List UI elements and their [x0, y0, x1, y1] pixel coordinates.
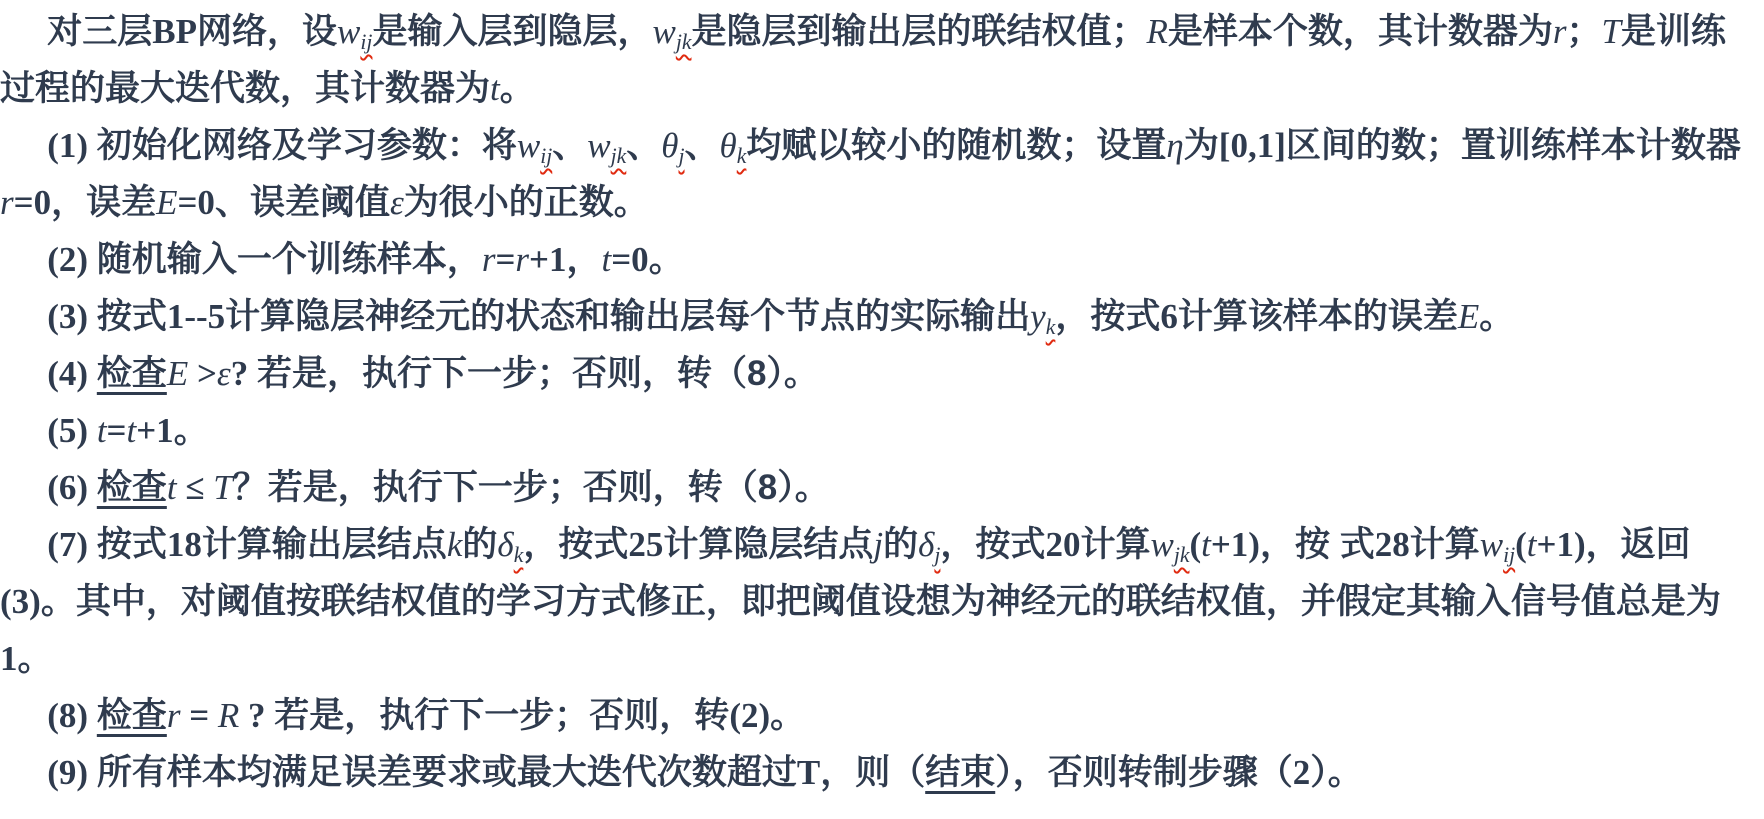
text-segment: 。	[500, 69, 535, 108]
text-segment: 是输入层到隐层，	[372, 12, 652, 51]
text-segment: (5)	[47, 411, 97, 450]
text-segment: (9)	[47, 753, 97, 792]
text-segment: T	[797, 753, 820, 792]
text-segment: t	[167, 468, 177, 507]
text-segment: 、	[685, 126, 720, 165]
text-segment: ≤	[177, 468, 214, 507]
text-segment: 计算	[1080, 525, 1150, 564]
text-segment: (	[1189, 525, 1201, 564]
text-segment: wjk	[652, 12, 691, 51]
text-segment: ，按式	[940, 525, 1045, 564]
subscript: k	[1046, 315, 1056, 339]
text-segment: 检查	[97, 468, 167, 507]
text-segment: ，按式	[1055, 297, 1160, 336]
text-segment: 检查	[97, 354, 167, 393]
text-segment: 结束	[925, 753, 995, 792]
text-segment: 均赋以较小的随机数；设置	[746, 126, 1166, 165]
text-segment: 。	[1479, 297, 1514, 336]
text-segment: ε	[217, 354, 231, 393]
text-segment: 所有样本均满足误差要求或最大迭代次数超过	[97, 753, 797, 792]
text-segment: θj	[661, 126, 684, 165]
text-segment: 计算隐层结点	[663, 525, 873, 564]
text-segment: 按式	[97, 525, 167, 564]
text-segment: 区间的数；置训练样本计数器	[1286, 126, 1741, 165]
text-segment: wij	[337, 12, 372, 51]
text-segment: +1)	[1537, 525, 1586, 564]
text-segment: 是样本个数，其计数器为	[1168, 12, 1553, 51]
text-segment: (4)	[47, 354, 97, 393]
document-body: 对三层BP网络，设wij是输入层到隐层，wjk是隐层到输出层的联结权值；R是样本…	[0, 0, 1764, 819]
text-segment: ?	[239, 696, 274, 735]
text-segment: r	[482, 240, 496, 279]
text-segment: 是隐层到输出层的联结权值；	[691, 12, 1146, 51]
paragraph-8: (7) 按式18计算输出层结点k的δk，按式25计算隐层结点j的δj，按式20计…	[0, 516, 1758, 687]
text-segment: t	[1527, 525, 1537, 564]
text-segment: (2)	[729, 696, 770, 735]
text-segment: (6)	[47, 468, 97, 507]
text-segment: j	[873, 525, 883, 564]
text-segment: (8)	[47, 696, 97, 735]
text-segment: wij	[517, 126, 552, 165]
paragraph-9: (8) 检查r = R ? 若是，执行下一步；否则，转(2)。	[0, 687, 1758, 744]
paragraph-1: 对三层BP网络，设wij是输入层到隐层，wjk是隐层到输出层的联结权值；R是样本…	[0, 3, 1758, 117]
text-segment: 计算该样本的误差	[1178, 297, 1458, 336]
text-segment: ε	[390, 183, 404, 222]
text-segment: ?	[231, 354, 257, 393]
text-segment: 20	[1045, 525, 1080, 564]
text-segment: R	[1146, 12, 1167, 51]
text-segment: t	[490, 69, 500, 108]
text-segment: yk	[1030, 297, 1055, 336]
text-segment: η	[1166, 126, 1183, 165]
text-segment: =0	[14, 183, 51, 222]
text-segment: 随机输入一个训练样本，	[97, 240, 482, 279]
text-segment: t	[1201, 525, 1211, 564]
text-segment: 若是，执行下一步；否则，转	[274, 696, 729, 735]
text-segment: 18	[167, 525, 202, 564]
text-segment: E	[156, 183, 177, 222]
text-segment: 按式	[97, 297, 167, 336]
text-segment: =	[180, 696, 217, 735]
text-segment: ，则（	[820, 753, 925, 792]
text-segment: 。其中，对阈值按联结权值的学习方式修正，即把阈值设想为神经元的联结权值，并假定其…	[41, 582, 1721, 621]
text-segment: 1	[0, 639, 18, 678]
subscript: k	[737, 144, 747, 168]
text-segment: (3)	[0, 582, 41, 621]
subscript: ij	[540, 144, 552, 168]
text-segment: 6	[1160, 297, 1178, 336]
text-segment: R	[218, 696, 239, 735]
text-segment: +1	[136, 411, 173, 450]
text-segment: E	[167, 354, 188, 393]
text-segment: ）。	[1310, 753, 1363, 792]
text-segment: r	[1553, 12, 1567, 51]
text-segment: 计算输出层结点	[202, 525, 447, 564]
text-segment: wjk	[1150, 525, 1189, 564]
text-segment: =0	[611, 240, 648, 279]
text-segment: >	[188, 354, 217, 393]
text-segment: t	[97, 411, 107, 450]
text-segment: ，	[566, 240, 601, 279]
text-segment: 初始化网络及学习参数：将	[97, 126, 517, 165]
subscript: jk	[1174, 543, 1190, 567]
text-segment: (1)	[47, 126, 97, 165]
subscript: jk	[611, 144, 627, 168]
text-segment: 。	[174, 411, 209, 450]
text-segment: 28	[1375, 525, 1410, 564]
text-segment: k	[447, 525, 463, 564]
text-segment: [0,1]	[1219, 126, 1286, 165]
text-segment: T	[1602, 12, 1621, 51]
text-segment: 25	[628, 525, 663, 564]
text-segment: 。	[18, 639, 53, 678]
paragraph-4: (3) 按式1--5计算隐层神经元的状态和输出层每个节点的实际输出yk，按式6计…	[0, 288, 1758, 345]
paragraph-10: (9) 所有样本均满足误差要求或最大迭代次数超过T，则（结束），否则转制步骤（2…	[0, 744, 1758, 801]
text-segment: (3)	[47, 297, 97, 336]
text-segment: ，误差	[51, 183, 156, 222]
text-segment: 若是，执行下一步；否则，转（8）。	[257, 354, 819, 393]
text-segment: 的	[462, 525, 497, 564]
text-segment: 。	[770, 696, 805, 735]
text-segment: θk	[720, 126, 747, 165]
text-segment: 计算隐层神经元的状态和输出层每个节点的实际输出	[225, 297, 1030, 336]
text-segment: BP	[152, 12, 197, 51]
text-segment: 网络，设	[197, 12, 337, 51]
text-segment: r	[167, 696, 181, 735]
text-segment: r	[515, 240, 529, 279]
paragraph-5: (4) 检查E >ε? 若是，执行下一步；否则，转（8）。	[0, 345, 1758, 402]
text-segment: 。	[649, 240, 684, 279]
text-segment: (2)	[47, 240, 97, 279]
subscript: jk	[676, 30, 692, 54]
subscript: ij	[1503, 543, 1515, 567]
paragraph-2: (1) 初始化网络及学习参数：将wij、wjk、θj、θk均赋以较小的随机数；设…	[0, 117, 1758, 231]
paragraph-7: (6) 检查t ≤ T？若是，执行下一步；否则，转（8）。	[0, 459, 1758, 516]
text-segment: wjk	[587, 126, 626, 165]
text-segment: δj	[918, 525, 940, 564]
text-segment: 检查	[97, 696, 167, 735]
subscript: ij	[360, 30, 372, 54]
text-segment: =	[107, 411, 127, 450]
text-segment: (7)	[47, 525, 97, 564]
text-segment: 、	[552, 126, 587, 165]
paragraph-6: (5) t=t+1。	[0, 402, 1758, 459]
text-segment: r	[0, 183, 14, 222]
text-segment: 为	[1184, 126, 1219, 165]
text-segment: T	[213, 468, 232, 507]
text-segment: ，按 式	[1260, 525, 1375, 564]
text-segment: ，返回	[1586, 525, 1691, 564]
text-segment: 、	[626, 126, 661, 165]
text-segment: t	[602, 240, 612, 279]
text-segment: ；	[1567, 12, 1602, 51]
text-segment: ？若是，执行下一步；否则，转（8）。	[233, 468, 830, 507]
text-segment: ），否则转制步骤（	[995, 753, 1293, 792]
text-segment: 的	[883, 525, 918, 564]
text-segment: 1--5	[167, 297, 225, 336]
text-segment: 为很小的正数。	[404, 183, 649, 222]
text-segment: 对三层	[47, 12, 152, 51]
subscript: k	[514, 543, 524, 567]
text-segment: δk	[497, 525, 523, 564]
paragraph-3: (2) 随机输入一个训练样本，r=r+1，t=0。	[0, 231, 1758, 288]
text-segment: +1	[529, 240, 566, 279]
text-segment: +1)	[1211, 525, 1260, 564]
text-segment: ，按式	[523, 525, 628, 564]
text-segment: 2	[1293, 753, 1311, 792]
text-segment: wij	[1480, 525, 1515, 564]
text-segment: (	[1515, 525, 1527, 564]
text-segment: =	[495, 240, 515, 279]
text-segment: 、误差阈值	[215, 183, 390, 222]
text-segment: t	[127, 411, 137, 450]
text-segment: E	[1458, 297, 1479, 336]
text-segment: =0	[177, 183, 214, 222]
text-segment: 计算	[1410, 525, 1480, 564]
